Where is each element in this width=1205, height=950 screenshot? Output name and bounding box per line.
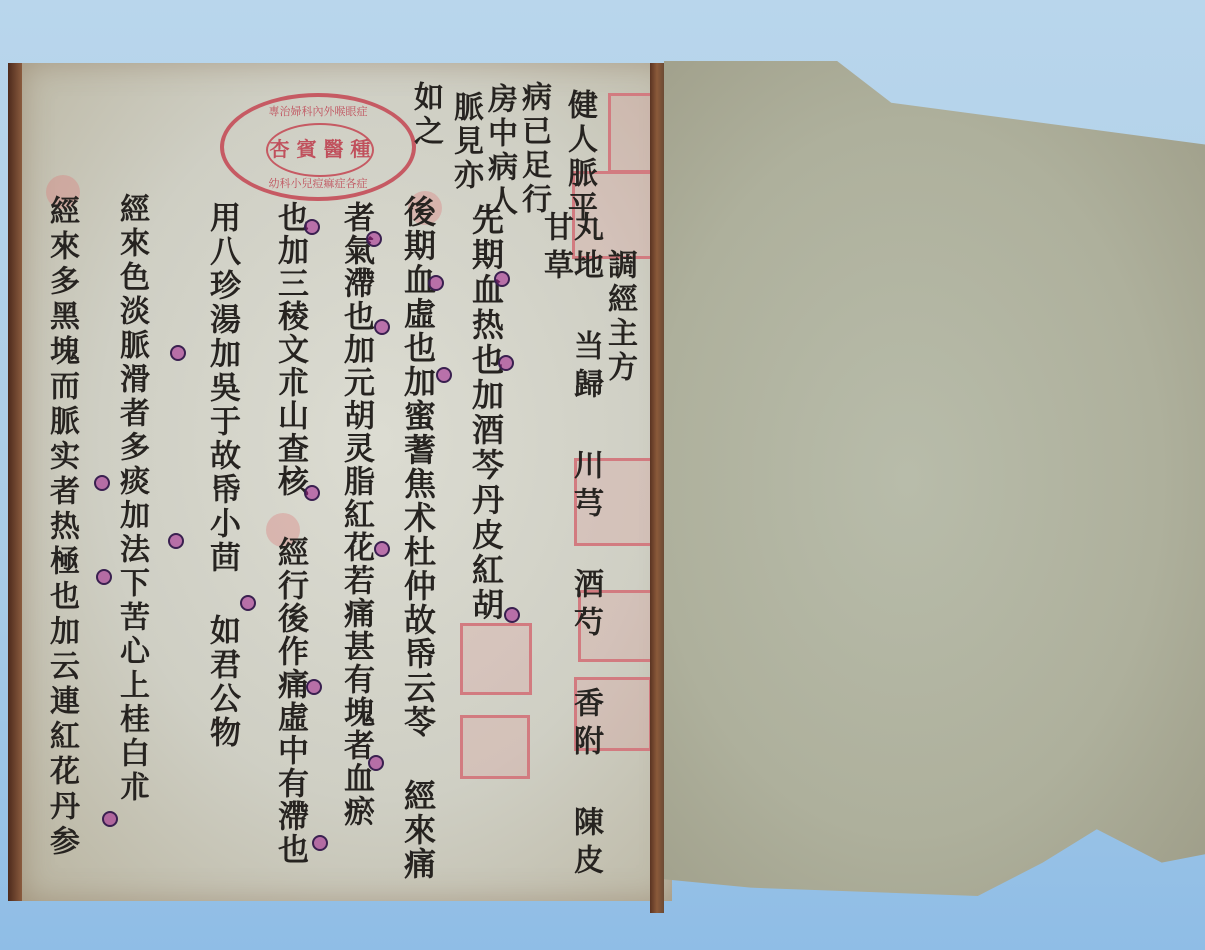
text-column: 先期血热也加酒芩丹皮紅胡 — [470, 203, 502, 623]
seal-ring-top-text: 專治婦科內外喉眼症 — [244, 103, 392, 119]
text-column: 丸地 当歸 川芎 酒芍 香附 陳皮 甘草 — [540, 211, 600, 901]
text-column: 如之 — [410, 81, 440, 149]
seal-ring-bottom-text: 幼科小兒痘痲症各症 — [244, 175, 392, 191]
punctuation-mark — [428, 275, 444, 291]
text-column: 用八珍湯加吳于故帋小茴 如君公物 — [206, 201, 237, 750]
punctuation-mark — [168, 533, 184, 549]
punctuation-mark — [498, 355, 514, 371]
seal-center-text: 杏 賓 醫 種 — [266, 123, 374, 177]
punctuation-mark — [494, 271, 510, 287]
text-column: 經來色淡脈滑者多痰加法下苦心上桂白朮 — [116, 193, 146, 805]
square-seal — [460, 623, 532, 695]
text-column: 脈見亦 — [450, 91, 480, 193]
punctuation-mark — [94, 475, 110, 491]
punctuation-mark — [240, 595, 256, 611]
text-column: 者氣滯也加元胡灵脂紅花若痛甚有塊者血瘀 — [340, 201, 371, 828]
text-column: 病已足行 — [518, 81, 548, 217]
punctuation-mark — [304, 485, 320, 501]
punctuation-mark — [366, 231, 382, 247]
right-page-blank: blank aged paper — [664, 61, 1205, 896]
text-column: 健人脈平 — [564, 89, 594, 225]
punctuation-mark — [312, 835, 328, 851]
text-column-title: 調經主方 — [604, 249, 634, 385]
book-spine — [650, 63, 664, 913]
text-column: 經來多黑塊而脈实者热極也加云連紅花丹参 — [46, 195, 76, 860]
punctuation-mark — [374, 319, 390, 335]
punctuation-mark — [306, 679, 322, 695]
text-column: 也加三稜文朮山查核 經行後作痛虛中有滯也 — [274, 201, 305, 866]
punctuation-mark — [96, 569, 112, 585]
punctuation-mark — [504, 607, 520, 623]
punctuation-mark — [374, 541, 390, 557]
text-column: 後期血虛也加蜜蓍焦术杜仲故帋云苓 經來痛 — [402, 195, 434, 881]
left-page: 專治婦科內外喉眼症 杏 賓 醫 種 幼科小兒痘痲症各症 健人脈平 病已足行 房中… — [8, 63, 672, 901]
open-manuscript: 專治婦科內外喉眼症 杏 賓 醫 種 幼科小兒痘痲症各症 健人脈平 病已足行 房中… — [0, 55, 1205, 905]
punctuation-mark — [436, 367, 452, 383]
punctuation-mark — [368, 755, 384, 771]
punctuation-mark — [170, 345, 186, 361]
oval-seal: 專治婦科內外喉眼症 杏 賓 醫 種 幼科小兒痘痲症各症 — [220, 93, 416, 201]
square-seal — [460, 715, 530, 779]
text-column: 房中病人 — [484, 83, 514, 219]
punctuation-mark — [304, 219, 320, 235]
punctuation-mark — [102, 811, 118, 827]
